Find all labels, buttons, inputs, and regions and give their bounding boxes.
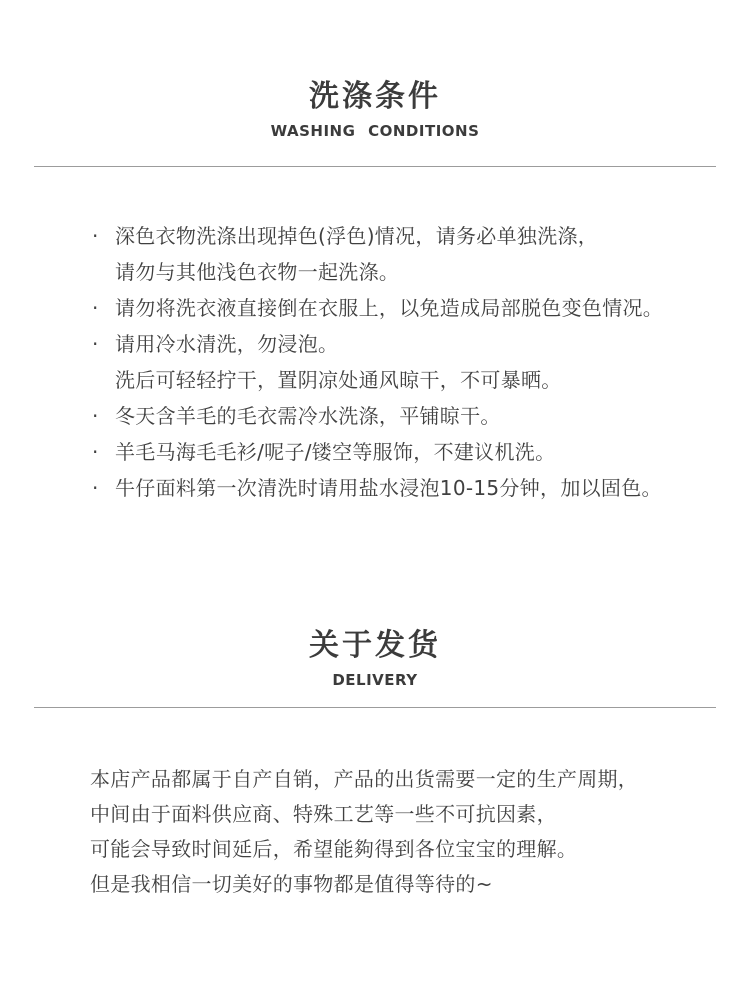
delivery-note: 本店产品都属于自产自销，产品的出货需要一定的生产周期， 中间由于面料供应商、特殊… [0, 762, 750, 902]
instruction-line: 请勿与其他浅色衣物一起洗涤。 [115, 254, 714, 290]
section-divider [34, 166, 716, 167]
bullet-dot: · [92, 470, 99, 506]
instruction-line: 请用冷水清洗，勿浸泡。 [115, 326, 714, 362]
washing-instruction-item: · 牛仔面料第一次清洗时请用盐水浸泡10-15分钟，加以固色。 [115, 470, 714, 506]
bullet-dot: · [92, 398, 99, 434]
delivery-note-line: 本店产品都属于自产自销，产品的出货需要一定的生产周期， [90, 762, 714, 797]
delivery-note-line: 但是我相信一切美好的事物都是值得等待的~ [90, 867, 714, 902]
section-divider [34, 707, 716, 708]
instruction-line: 请勿将洗衣液直接倒在衣服上，以免造成局部脱色变色情况。 [115, 290, 714, 326]
instruction-line: 牛仔面料第一次清洗时请用盐水浸泡10-15分钟，加以固色。 [115, 470, 714, 506]
bullet-dot: · [92, 290, 99, 326]
washing-section-subtitle: WASHING CONDITIONS [0, 122, 750, 140]
instruction-line: 深色衣物洗涤出现掉色(浮色)情况，请务必单独洗涤， [115, 218, 714, 254]
instruction-line: 羊毛马海毛毛衫/呢子/镂空等服饰，不建议机洗。 [115, 434, 714, 470]
delivery-section-subtitle: DELIVERY [0, 671, 750, 689]
delivery-section: 关于发货 DELIVERY 本店产品都属于自产自销，产品的出货需要一定的生产周期… [0, 506, 750, 902]
delivery-note-line: 中间由于面料供应商、特殊工艺等一些不可抗因素， [90, 797, 714, 832]
bullet-dot: · [92, 218, 99, 254]
product-care-page: 洗涤条件 WASHING CONDITIONS · 深色衣物洗涤出现掉色(浮色)… [0, 0, 750, 1004]
delivery-section-title: 关于发货 [0, 506, 750, 663]
washing-section-title: 洗涤条件 [0, 0, 750, 114]
washing-instruction-item: · 请勿将洗衣液直接倒在衣服上，以免造成局部脱色变色情况。 [115, 290, 714, 326]
bullet-dot: · [92, 326, 99, 362]
instruction-line: 洗后可轻轻拧干，置阴凉处通风晾干，不可暴晒。 [115, 362, 714, 398]
washing-instruction-item: · 冬天含羊毛的毛衣需冷水洗涤，平铺晾干。 [115, 398, 714, 434]
washing-instruction-item: · 深色衣物洗涤出现掉色(浮色)情况，请务必单独洗涤， 请勿与其他浅色衣物一起洗… [115, 218, 714, 290]
washing-instruction-item: · 请用冷水清洗，勿浸泡。 洗后可轻轻拧干，置阴凉处通风晾干，不可暴晒。 [115, 326, 714, 398]
bullet-dot: · [92, 434, 99, 470]
delivery-note-line: 可能会导致时间延后，希望能夠得到各位宝宝的理解。 [90, 832, 714, 867]
instruction-line: 冬天含羊毛的毛衣需冷水洗涤，平铺晾干。 [115, 398, 714, 434]
washing-instructions-list: · 深色衣物洗涤出现掉色(浮色)情况，请务必单独洗涤， 请勿与其他浅色衣物一起洗… [0, 218, 750, 506]
washing-instruction-item: · 羊毛马海毛毛衫/呢子/镂空等服饰，不建议机洗。 [115, 434, 714, 470]
washing-conditions-section: 洗涤条件 WASHING CONDITIONS · 深色衣物洗涤出现掉色(浮色)… [0, 0, 750, 506]
